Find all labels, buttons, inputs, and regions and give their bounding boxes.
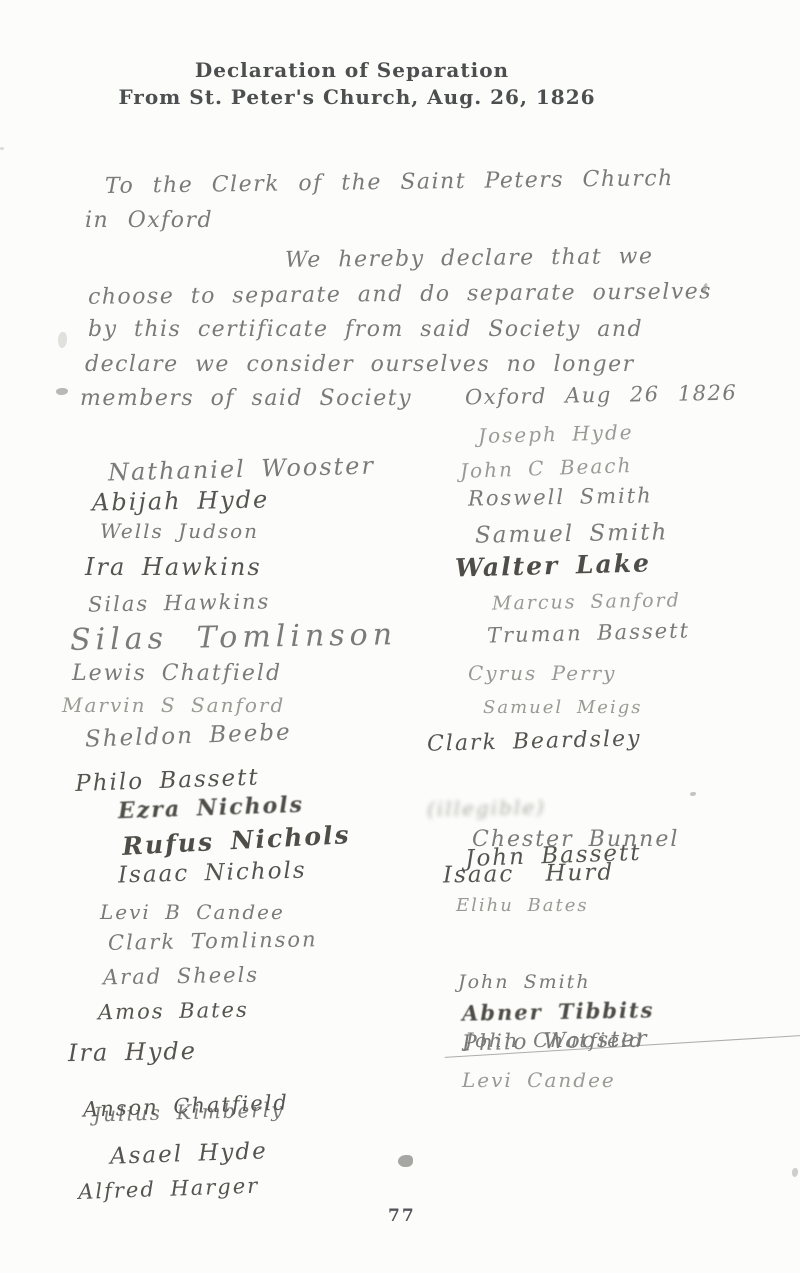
signature: Clark Tomlinson: [108, 927, 318, 955]
signature: Walter Lake: [455, 548, 652, 582]
letter-body-line-1: We hereby declare that we: [285, 244, 654, 273]
signature: John Chatfield: [465, 1028, 644, 1052]
signature: Ira Hyde: [68, 1037, 197, 1067]
letter-body-line-3: by this certificate from said Society an…: [88, 317, 643, 342]
page-number: 77: [388, 1206, 416, 1226]
signature: Marcus Sanford: [492, 589, 681, 614]
letter-body-line-2: choose to separate and do separate ourse…: [88, 279, 712, 309]
ink-speck: [0, 147, 4, 150]
signature: Joseph Hyde: [478, 420, 634, 448]
signature: Marvin S Sanford: [62, 693, 285, 717]
letter-salutation-line-2: in Oxford: [85, 208, 213, 233]
signature: Isaac Nichols: [118, 858, 307, 889]
ink-blot: [398, 1155, 413, 1167]
letter-dateline: Oxford Aug 26 1826: [465, 381, 738, 410]
ink-speck: [58, 332, 67, 348]
signature: Ezra Nichols: [118, 792, 305, 824]
signature: Chester Bunnel: [472, 827, 679, 852]
signature: Abijah Hyde: [92, 485, 270, 516]
letter-salutation-line-1: To the Clerk of the Saint Peters Church: [105, 166, 674, 199]
ink-speck: [56, 388, 68, 395]
signature: Isaac Hurd: [443, 860, 615, 889]
signature: Roswell Smith: [468, 483, 653, 510]
document-subtitle: From St. Peter's Church, Aug. 26, 1826: [118, 85, 595, 109]
signature: Asael Hyde: [110, 1138, 269, 1169]
signature: Truman Bassett: [487, 618, 691, 647]
ink-speck: [690, 792, 696, 796]
signature: Samuel Smith: [475, 519, 669, 548]
signature: Levi Candee: [462, 1068, 616, 1092]
letter-body-line-5: members of said Society: [80, 386, 412, 411]
letter-body-line-4: declare we consider ourselves no longer: [85, 352, 635, 377]
document-page: Declaration of Separation From St. Peter…: [0, 0, 800, 1273]
signature: Rufus Nichols: [121, 820, 351, 861]
signature: Elihu Bates: [456, 895, 589, 916]
document-title: Declaration of Separation: [195, 58, 509, 82]
signature: Cyrus Perry: [468, 661, 616, 685]
signature: Amos Bates: [98, 998, 249, 1025]
signature: Sheldon Beebe: [85, 719, 292, 752]
signature: Lewis Chatfield: [72, 661, 282, 686]
signature: Levi B Candee: [100, 900, 285, 924]
signature: Silas Hawkins: [88, 589, 271, 616]
signature illegible-signature: (illegible): [427, 795, 546, 821]
signature: John C Beach: [460, 453, 633, 483]
signature: Arad Sheels: [103, 963, 260, 990]
signature: John Smith: [458, 971, 591, 993]
signature: Abner Tibbits: [462, 997, 655, 1025]
signature: Samuel Meigs: [483, 697, 642, 718]
signature: Ira Hawkins: [85, 553, 262, 581]
signature: Wells Judson: [100, 519, 259, 543]
signature: Silas Tomlinson: [70, 617, 398, 658]
signature: Nathaniel Wooster: [108, 452, 376, 487]
